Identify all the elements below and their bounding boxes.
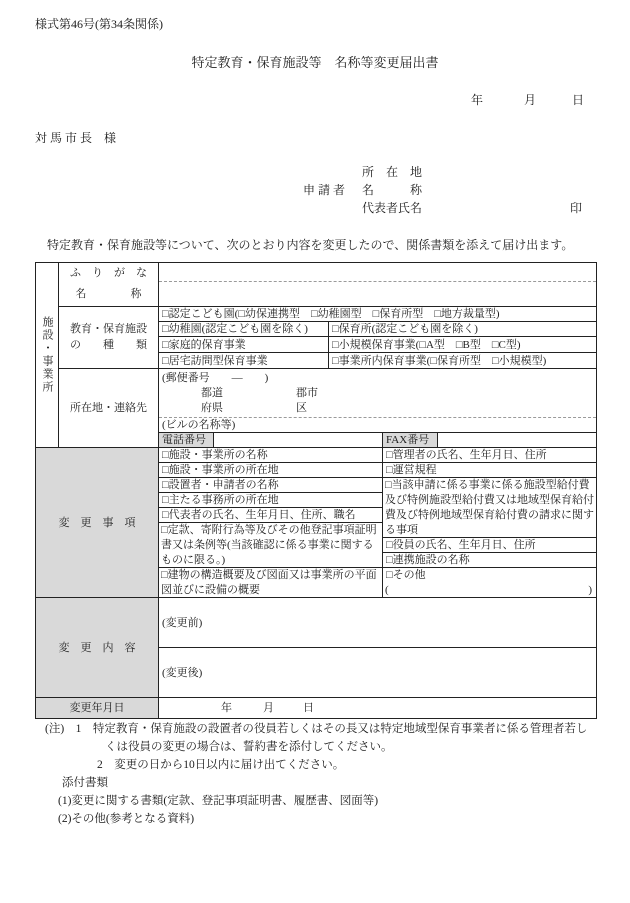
attachment-item2: (2)その他(参考となる資料): [58, 812, 194, 826]
note-line3: 2 変更の日から10日以内に届け出てください。: [97, 758, 344, 772]
type-option-shokibo[interactable]: □小規模保育事業(□A型 □B型 □C型): [329, 337, 596, 353]
type-option-katei[interactable]: □家庭的保育事業: [159, 337, 329, 353]
item-operation-rules[interactable]: □運営規程: [383, 463, 596, 478]
change-date-input-cell[interactable]: 年 月 日: [159, 698, 596, 718]
item-manager[interactable]: □管理者の氏名、生年月日、住所: [383, 448, 596, 463]
tel-label: 電話番号: [159, 433, 214, 448]
change-items-right-column: □管理者の氏名、生年月日、住所 □運営規程 □当該申請に係る事業に係る施設型給付…: [383, 448, 596, 598]
section-header-facility: 施設・事業所: [36, 263, 59, 448]
county-city-label: 郡市: [296, 386, 318, 400]
type-label-line1: 教育・保育施設: [59, 307, 158, 336]
item-other-paren-line: ( ): [383, 583, 596, 598]
change-content-label: 変 更 内 容: [36, 598, 159, 698]
type-option-jigyoshonai[interactable]: □事業所内保育事業(□保育所型 □小規模型): [329, 353, 596, 369]
change-date-year: 年: [221, 701, 232, 715]
item-founder-name[interactable]: □設置者・申請者の名称: [159, 478, 383, 493]
type-option-kyotaku[interactable]: □居宅訪問型保育事業: [159, 353, 329, 369]
ward-label: 区: [296, 401, 307, 415]
applicant-group-label: 申 請 者: [303, 183, 345, 197]
addressee: 対 馬 市 長 様: [35, 131, 116, 145]
date-year-label: 年: [471, 93, 483, 107]
address-input-cell[interactable]: (郵便番号 ― ) 都道 郡市 府県 区: [159, 369, 596, 418]
attachment-item1: (1)変更に関する書類(定款、登記事項証明書、履歴書、図面等): [58, 794, 378, 808]
name-input-cell[interactable]: [159, 282, 596, 307]
item-other-open-paren: (: [385, 583, 389, 598]
change-items-left-column: □施設・事業所の名称 □施設・事業所の所在地 □設置者・申請者の名称 □主たる事…: [159, 448, 383, 598]
form-table: 施設・事業所 ふ り が な 名 称 教育・保育施設 の 種 類 □認定こども園…: [35, 262, 597, 719]
note-line1: (注) 1 特定教育・保育施設の設置者の役員若しくはその長又は特定地域型保育事業…: [45, 722, 587, 736]
item-articles[interactable]: □定款、寄附行為等及びその他登記事項証明書又は条例等(当該確認に係る事業に関する…: [159, 523, 383, 568]
furigana-label: ふ り が な: [59, 263, 159, 282]
type-label: 教育・保育施設 の 種 類: [59, 307, 159, 369]
fax-input-cell[interactable]: [438, 433, 596, 448]
change-date-label: 変更年月日: [36, 698, 159, 718]
change-date-day: 日: [303, 701, 314, 715]
change-date-month: 月: [263, 701, 274, 715]
change-before-cell[interactable]: (変更前): [159, 598, 596, 648]
form-number: 様式第46号(第34条関係): [35, 17, 163, 31]
prefecture-label-top: 都道: [201, 386, 223, 400]
item-other-close-paren: ): [588, 583, 592, 598]
type-option-yochien[interactable]: □幼稚園(認定こども園を除く): [159, 322, 329, 337]
item-facility-address[interactable]: □施設・事業所の所在地: [159, 463, 383, 478]
type-option-kodomoen[interactable]: □認定こども園(□幼保連携型 □幼稚園型 □保育所型 □地方裁量型): [159, 307, 596, 322]
item-partner-facility[interactable]: □連携施設の名称: [383, 553, 596, 568]
change-after-cell[interactable]: (変更後): [159, 648, 596, 698]
fax-label: FAX番号: [383, 433, 438, 448]
applicant-rep-label: 代表者氏名: [362, 201, 422, 215]
item-facility-name[interactable]: □施設・事業所の名称: [159, 448, 383, 463]
seal-mark: 印: [570, 201, 582, 215]
tel-input-cell[interactable]: [214, 433, 383, 448]
postal-code-label: (郵便番号 ― ): [162, 371, 268, 385]
attachments-title: 添付書類: [62, 776, 108, 790]
item-building-outline[interactable]: □建物の構造概要及び図面又は事業所の平面図並びに設備の概要: [159, 568, 383, 598]
date-month-label: 月: [524, 93, 536, 107]
date-day-label: 日: [572, 93, 584, 107]
address-label: 所在地・連絡先: [59, 369, 159, 448]
item-main-office[interactable]: □主たる事務所の所在地: [159, 493, 383, 508]
applicant-address-label: 所 在 地: [362, 165, 422, 179]
item-officers[interactable]: □役員の氏名、生年月日、住所: [383, 538, 596, 553]
change-items-label: 変 更 事 項: [36, 448, 159, 598]
name-label: 名 称: [59, 282, 159, 307]
note-line2: くは役員の変更の場合は、誓約書を添付してください。: [105, 740, 393, 754]
intro-text: 特定教育・保育施設等について、次のとおり内容を変更したので、関係書類を添えて届け…: [35, 238, 573, 252]
applicant-name-label: 名 称: [362, 183, 422, 197]
type-label-line2: の 種 類: [59, 336, 158, 352]
form-page: 様式第46号(第34条関係) 特定教育・保育施設等 名称等変更届出書 年 月 日…: [0, 0, 630, 903]
building-name-cell[interactable]: (ビルの名称等): [159, 418, 596, 433]
item-other[interactable]: □その他 ( ): [383, 568, 596, 598]
page-title: 特定教育・保育施設等 名称等変更届出書: [0, 55, 630, 70]
type-option-hoikusho[interactable]: □保育所(認定こども園を除く): [329, 322, 596, 337]
item-other-label: □その他: [383, 568, 596, 583]
item-benefit-claims[interactable]: □当該申請に係る事業に係る施設型給付費及び特例施設型給付費又は地域型保育給付費及…: [383, 478, 596, 538]
prefecture-label-bottom: 府県: [201, 401, 223, 415]
furigana-input-cell[interactable]: [159, 263, 596, 282]
item-representative[interactable]: □代表者の氏名、生年月日、住所、職名: [159, 508, 383, 523]
